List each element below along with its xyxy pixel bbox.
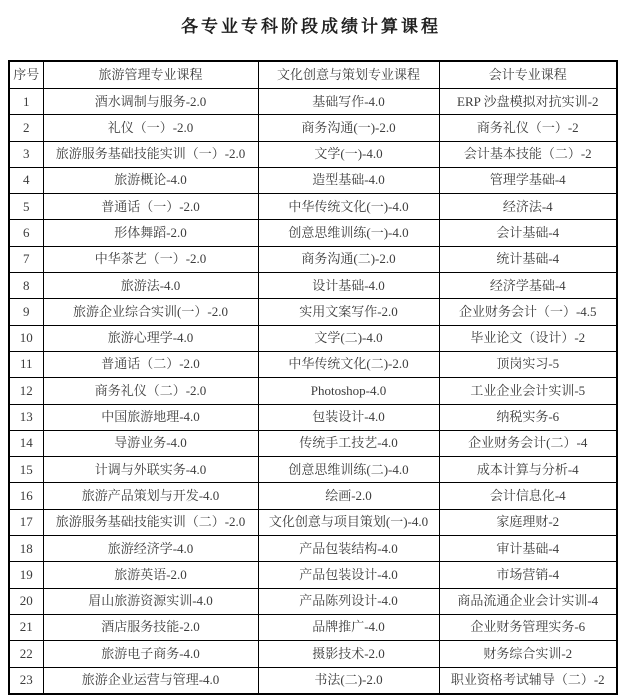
cell-accounting: 审计基础-4 [439,536,617,562]
cell-tourism: 酒水调制与服务-2.0 [43,89,258,115]
header-row: 序号 旅游管理专业课程 文化创意与策划专业课程 会计专业课程 [9,61,617,89]
cell-accounting: 商务礼仪（一）-2 [439,115,617,141]
table-row: 1酒水调制与服务-2.0基础写作-4.0ERP 沙盘模拟对抗实训-2 [9,89,617,115]
cell-culture: 绘画-2.0 [258,483,439,509]
cell-num: 18 [9,536,43,562]
cell-num: 17 [9,509,43,535]
cell-num: 2 [9,115,43,141]
cell-tourism: 中华茶艺（一）-2.0 [43,246,258,272]
cell-culture: 产品包装结构-4.0 [258,536,439,562]
cell-num: 3 [9,141,43,167]
header-cell-culture: 文化创意与策划专业课程 [258,61,439,89]
cell-accounting: 会计信息化-4 [439,483,617,509]
cell-num: 21 [9,614,43,640]
cell-culture: 摄影技术-2.0 [258,641,439,667]
cell-accounting: 毕业论文（设计）-2 [439,325,617,351]
cell-num: 22 [9,641,43,667]
page-title: 各专业专科阶段成绩计算课程 [0,0,622,37]
cell-tourism: 旅游心理学-4.0 [43,325,258,351]
cell-num: 23 [9,667,43,694]
cell-tourism: 计调与外联实务-4.0 [43,457,258,483]
cell-num: 10 [9,325,43,351]
cell-accounting: 家庭理财-2 [439,509,617,535]
cell-accounting: 职业资格考试辅导（二）-2 [439,667,617,694]
cell-accounting: 统计基础-4 [439,246,617,272]
cell-tourism: 眉山旅游资源实训-4.0 [43,588,258,614]
cell-accounting: 顶岗实习-5 [439,351,617,377]
course-table-header: 序号 旅游管理专业课程 文化创意与策划专业课程 会计专业课程 [9,61,617,89]
cell-culture: 中华传统文化(二)-2.0 [258,351,439,377]
cell-tourism: 旅游产品策划与开发-4.0 [43,483,258,509]
cell-num: 1 [9,89,43,115]
table-row: 4旅游概论-4.0造型基础-4.0管理学基础-4 [9,167,617,193]
table-row: 16旅游产品策划与开发-4.0绘画-2.0会计信息化-4 [9,483,617,509]
cell-num: 16 [9,483,43,509]
header-cell-accounting: 会计专业课程 [439,61,617,89]
table-row: 21酒店服务技能-2.0品牌推广-4.0企业财务管理实务-6 [9,614,617,640]
cell-tourism: 酒店服务技能-2.0 [43,614,258,640]
cell-culture: 商务沟通(一)-2.0 [258,115,439,141]
cell-tourism: 礼仪（一）-2.0 [43,115,258,141]
table-row: 15计调与外联实务-4.0创意思维训练(二)-4.0成本计算与分析-4 [9,457,617,483]
cell-tourism: 形体舞蹈-2.0 [43,220,258,246]
cell-culture: 基础写作-4.0 [258,89,439,115]
cell-num: 20 [9,588,43,614]
cell-accounting: 成本计算与分析-4 [439,457,617,483]
cell-accounting: 商品流通企业会计实训-4 [439,588,617,614]
cell-culture: 创意思维训练(一)-4.0 [258,220,439,246]
table-row: 2礼仪（一）-2.0商务沟通(一)-2.0商务礼仪（一）-2 [9,115,617,141]
table-row: 8旅游法-4.0设计基础-4.0经济学基础-4 [9,273,617,299]
cell-culture: 文学(二)-4.0 [258,325,439,351]
document-page: 各专业专科阶段成绩计算课程 序号 旅游管理专业课程 文化创意与策划专业课程 会计… [0,0,622,696]
table-row: 14导游业务-4.0传统手工技艺-4.0企业财务会计(二）-4 [9,430,617,456]
course-table: 序号 旅游管理专业课程 文化创意与策划专业课程 会计专业课程 1酒水调制与服务-… [8,60,618,695]
table-row: 12商务礼仪（二）-2.0Photoshop-4.0工业企业会计实训-5 [9,378,617,404]
cell-tourism: 旅游企业运营与管理-4.0 [43,667,258,694]
cell-culture: 实用文案写作-2.0 [258,299,439,325]
cell-num: 4 [9,167,43,193]
cell-culture: 设计基础-4.0 [258,273,439,299]
cell-tourism: 旅游英语-2.0 [43,562,258,588]
table-row: 22旅游电子商务-4.0摄影技术-2.0财务综合实训-2 [9,641,617,667]
cell-accounting: 企业财务管理实务-6 [439,614,617,640]
cell-accounting: 会计基本技能（二）-2 [439,141,617,167]
cell-num: 13 [9,404,43,430]
cell-tourism: 旅游概论-4.0 [43,167,258,193]
cell-tourism: 普通话（一）-2.0 [43,194,258,220]
cell-accounting: 纳税实务-6 [439,404,617,430]
table-row: 19旅游英语-2.0产品包装设计-4.0市场营销-4 [9,562,617,588]
cell-culture: 书法(二)-2.0 [258,667,439,694]
cell-culture: Photoshop-4.0 [258,378,439,404]
table-row: 3旅游服务基础技能实训（一）-2.0文学(一)-4.0会计基本技能（二）-2 [9,141,617,167]
cell-accounting: 工业企业会计实训-5 [439,378,617,404]
cell-num: 6 [9,220,43,246]
cell-accounting: 市场营销-4 [439,562,617,588]
cell-tourism: 旅游服务基础技能实训（二）-2.0 [43,509,258,535]
cell-num: 5 [9,194,43,220]
header-cell-tourism: 旅游管理专业课程 [43,61,258,89]
table-row: 18旅游经济学-4.0产品包装结构-4.0审计基础-4 [9,536,617,562]
cell-culture: 文学(一)-4.0 [258,141,439,167]
table-row: 7中华茶艺（一）-2.0商务沟通(二)-2.0统计基础-4 [9,246,617,272]
table-row: 9旅游企业综合实训(一）-2.0实用文案写作-2.0企业财务会计（一）-4.5 [9,299,617,325]
cell-accounting: 经济法-4 [439,194,617,220]
course-table-body: 1酒水调制与服务-2.0基础写作-4.0ERP 沙盘模拟对抗实训-22礼仪（一）… [9,89,617,694]
cell-tourism: 旅游法-4.0 [43,273,258,299]
cell-culture: 产品包装设计-4.0 [258,562,439,588]
table-row: 6形体舞蹈-2.0创意思维训练(一)-4.0会计基础-4 [9,220,617,246]
cell-tourism: 导游业务-4.0 [43,430,258,456]
table-row: 10旅游心理学-4.0文学(二)-4.0毕业论文（设计）-2 [9,325,617,351]
cell-culture: 中华传统文化(一)-4.0 [258,194,439,220]
cell-num: 7 [9,246,43,272]
cell-num: 19 [9,562,43,588]
cell-tourism: 旅游经济学-4.0 [43,536,258,562]
cell-culture: 传统手工技艺-4.0 [258,430,439,456]
table-row: 5普通话（一）-2.0中华传统文化(一)-4.0经济法-4 [9,194,617,220]
cell-accounting: ERP 沙盘模拟对抗实训-2 [439,89,617,115]
table-row: 20眉山旅游资源实训-4.0产品陈列设计-4.0商品流通企业会计实训-4 [9,588,617,614]
cell-culture: 包装设计-4.0 [258,404,439,430]
cell-num: 11 [9,351,43,377]
cell-tourism: 普通话（二）-2.0 [43,351,258,377]
cell-num: 9 [9,299,43,325]
cell-num: 8 [9,273,43,299]
cell-culture: 造型基础-4.0 [258,167,439,193]
cell-num: 14 [9,430,43,456]
table-row: 17旅游服务基础技能实训（二）-2.0文化创意与项目策划(一)-4.0家庭理财-… [9,509,617,535]
cell-num: 15 [9,457,43,483]
cell-tourism: 旅游电子商务-4.0 [43,641,258,667]
cell-accounting: 经济学基础-4 [439,273,617,299]
cell-culture: 文化创意与项目策划(一)-4.0 [258,509,439,535]
cell-culture: 商务沟通(二)-2.0 [258,246,439,272]
cell-tourism: 旅游企业综合实训(一）-2.0 [43,299,258,325]
cell-culture: 品牌推广-4.0 [258,614,439,640]
table-row: 23旅游企业运营与管理-4.0书法(二)-2.0职业资格考试辅导（二）-2 [9,667,617,694]
cell-num: 12 [9,378,43,404]
cell-tourism: 旅游服务基础技能实训（一）-2.0 [43,141,258,167]
cell-culture: 创意思维训练(二)-4.0 [258,457,439,483]
cell-accounting: 管理学基础-4 [439,167,617,193]
cell-culture: 产品陈列设计-4.0 [258,588,439,614]
table-row: 11普通话（二）-2.0中华传统文化(二)-2.0顶岗实习-5 [9,351,617,377]
cell-tourism: 商务礼仪（二）-2.0 [43,378,258,404]
cell-accounting: 企业财务会计(二）-4 [439,430,617,456]
table-row: 13中国旅游地理-4.0包装设计-4.0纳税实务-6 [9,404,617,430]
cell-tourism: 中国旅游地理-4.0 [43,404,258,430]
cell-accounting: 会计基础-4 [439,220,617,246]
cell-accounting: 企业财务会计（一）-4.5 [439,299,617,325]
header-cell-num: 序号 [9,61,43,89]
cell-accounting: 财务综合实训-2 [439,641,617,667]
